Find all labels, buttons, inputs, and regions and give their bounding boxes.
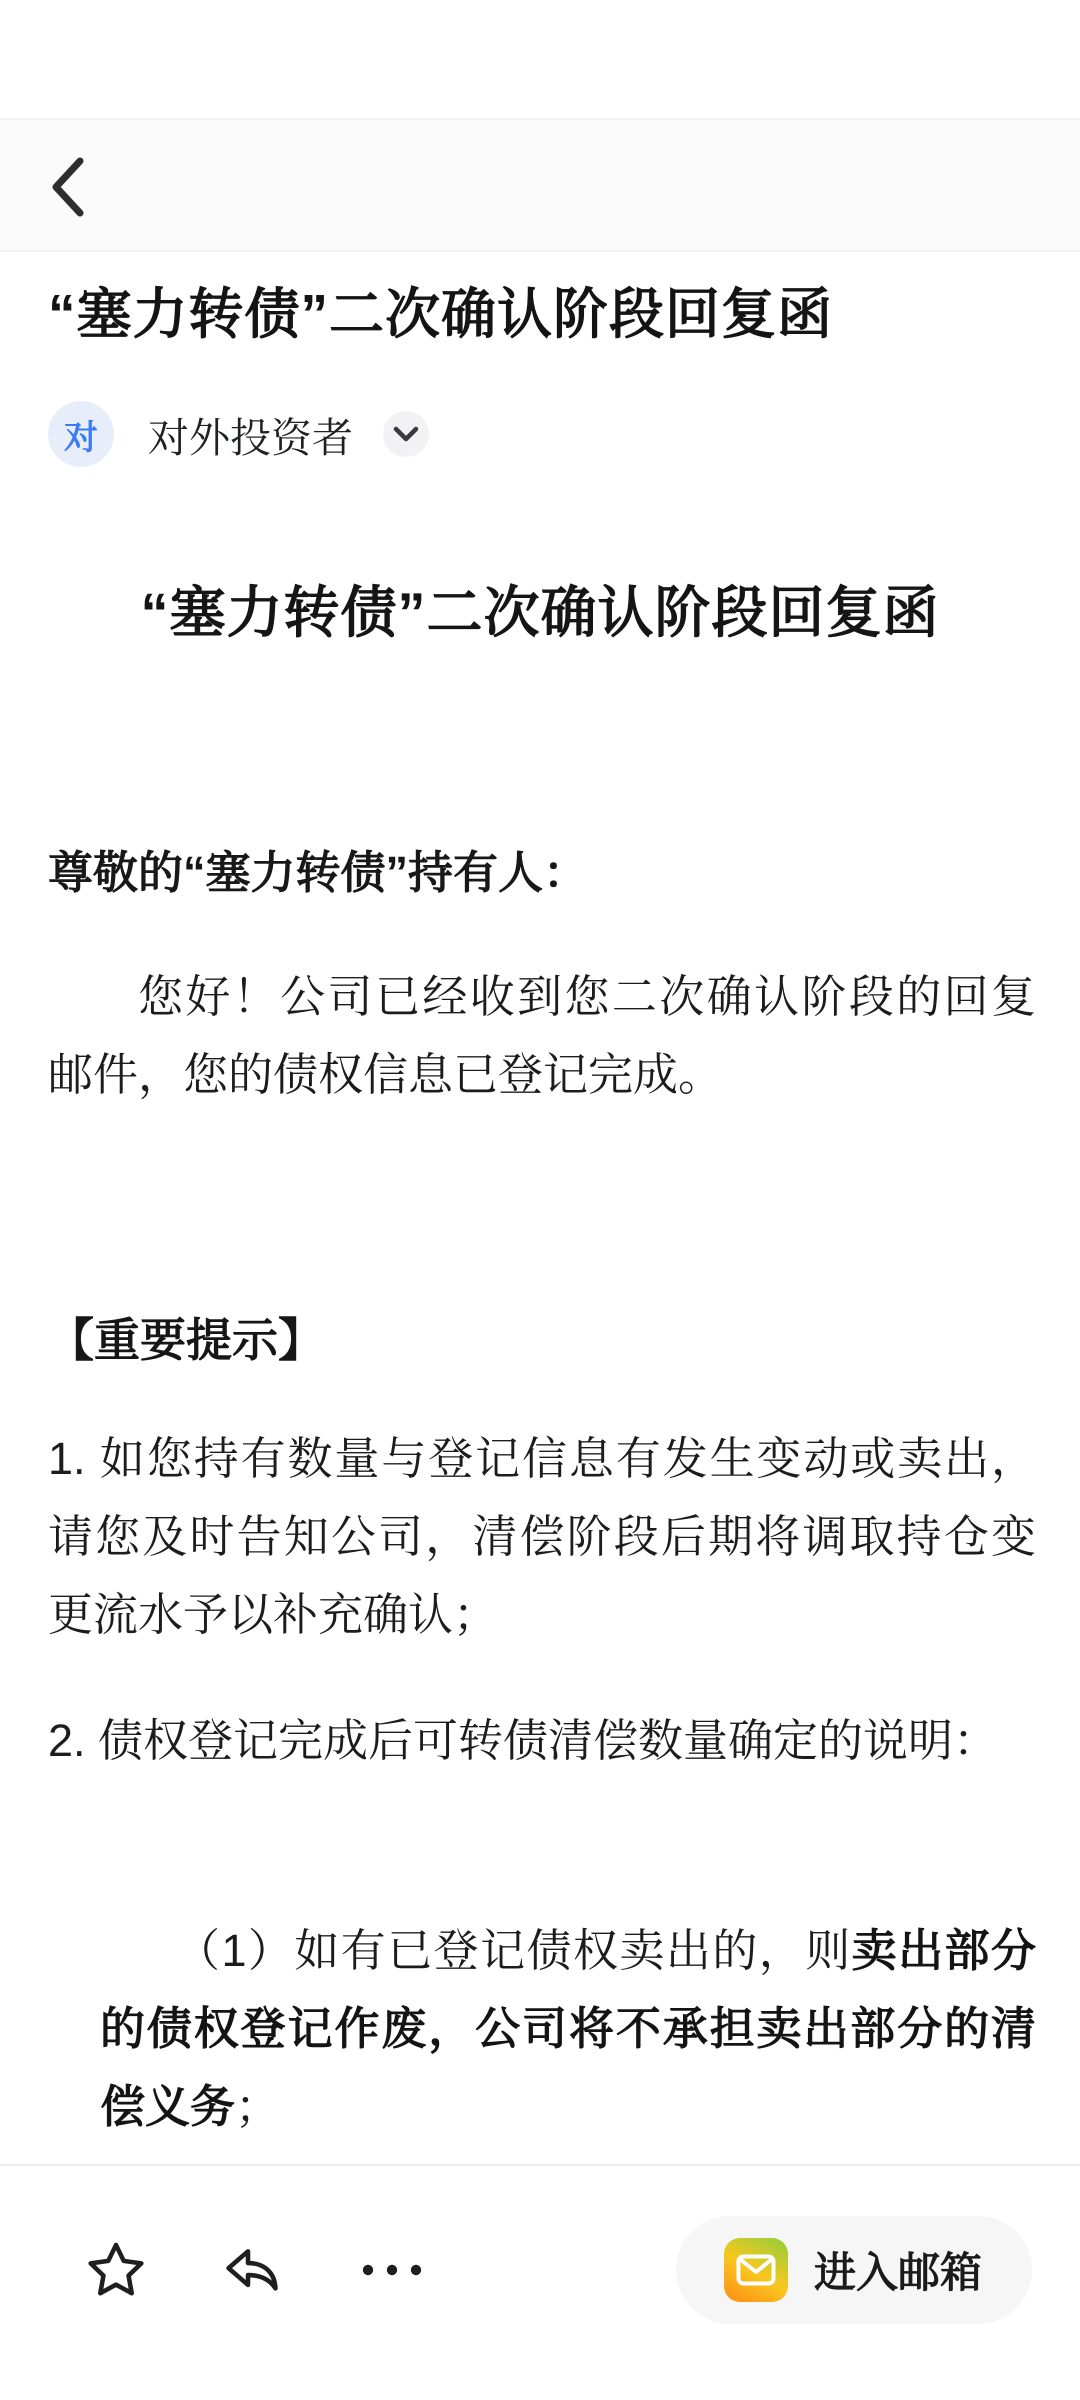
reply-button[interactable] (216, 2234, 288, 2306)
ellipsis-icon (358, 2238, 426, 2302)
envelope-icon (736, 2254, 776, 2286)
back-button[interactable] (38, 152, 98, 222)
more-actions-button[interactable] (356, 2234, 428, 2306)
sender-name: 对外投资者 (148, 405, 353, 464)
sub-item-prefix: （1）如有已登记债权卖出的，则 (175, 1925, 852, 1976)
mail-body-title: “塞力转债”二次确认阶段回复函 (45, 578, 1035, 648)
intro-paragraph: 您好！公司已经收到您二次确认阶段的回复邮件，您的债权信息已登记完成。 (48, 958, 1036, 1114)
greeting-line: 尊敬的“塞力转债”持有人： (48, 842, 1038, 904)
notice-item-2: 2. 债权登记完成后可转债清偿数量确定的说明： (48, 1702, 1036, 1780)
reply-arrow-icon (220, 2238, 284, 2302)
notice-sub-item-1: （1）如有已登记债权卖出的，则卖出部分的债权登记作废，公司将不承担卖出部分的清偿… (100, 1912, 1036, 2146)
important-notice-heading: 【重要提示】 (48, 1308, 324, 1372)
star-button[interactable] (80, 2234, 152, 2306)
sub-item-suffix: ； (235, 2081, 280, 2132)
chevron-down-icon (392, 425, 420, 443)
sender-avatar: 对 (48, 401, 114, 467)
chevron-left-icon (46, 154, 90, 220)
enter-mailbox-label: 进入邮箱 (814, 2240, 982, 2300)
star-outline-icon (84, 2238, 148, 2302)
mail-detail-screen: “塞力转债”二次确认阶段回复函 对 对外投资者 “塞力转债”二次确认阶段回复函 … (0, 0, 1080, 2400)
notice-item-1: 1. 如您持有数量与登记信息有发生变动或卖出，请您及时告知公司，清偿阶段后期将调… (48, 1420, 1036, 1654)
mail-subject-title: “塞力转债”二次确认阶段回复函 (48, 272, 1038, 356)
expand-details-button[interactable] (383, 411, 429, 457)
top-nav-bar (0, 118, 1080, 252)
bottom-toolbar: 进入邮箱 (0, 2210, 1080, 2334)
mail-app-icon (724, 2238, 788, 2302)
toolbar-divider (0, 2164, 1080, 2166)
enter-mailbox-button[interactable]: 进入邮箱 (676, 2216, 1032, 2324)
sender-row[interactable]: 对 对外投资者 (48, 400, 429, 468)
